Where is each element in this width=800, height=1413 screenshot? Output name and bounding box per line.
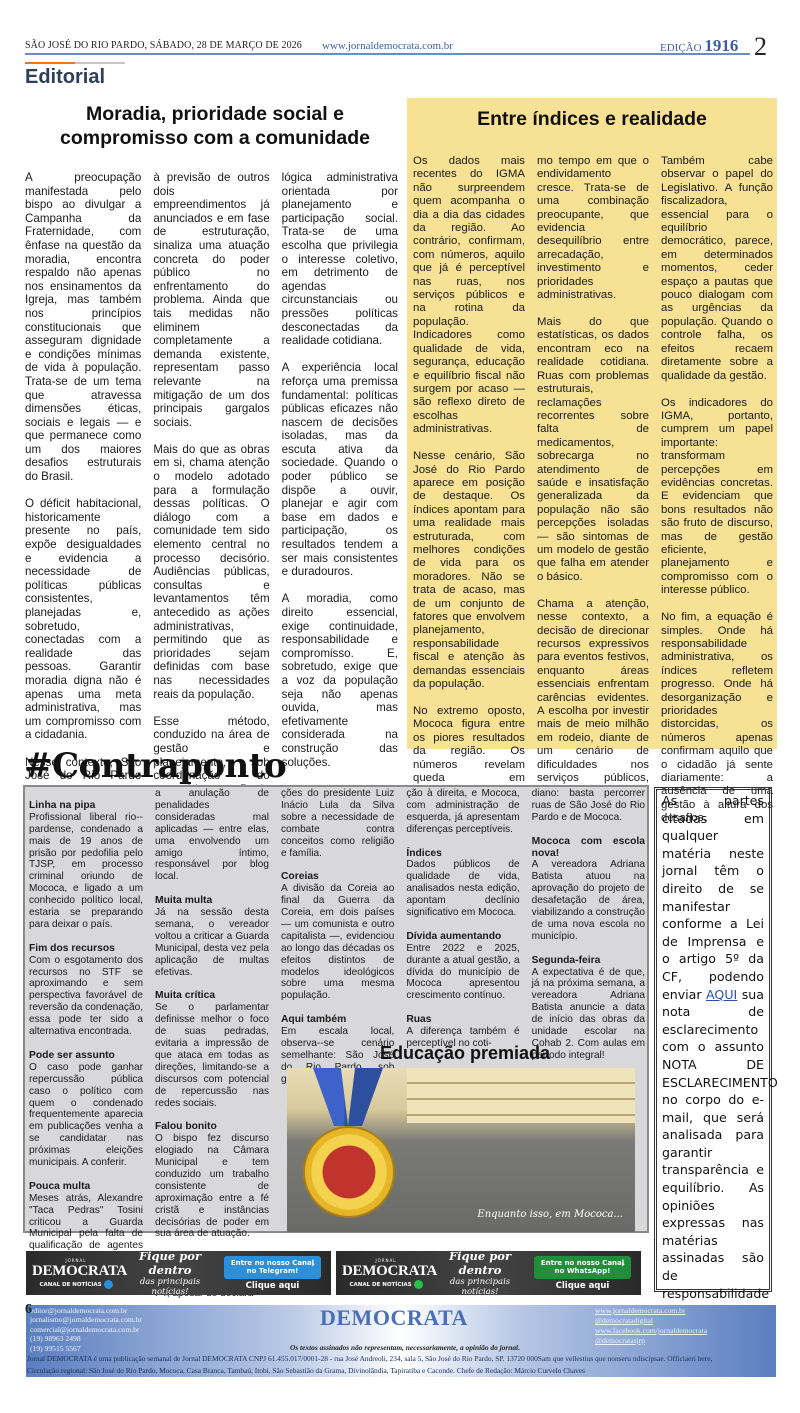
logo-canal: CANAL DE NOTÍCIAS <box>342 1280 430 1289</box>
paragraph: Mais do que estatísticas, os dados encon… <box>537 316 649 584</box>
note-heading: Muita crítica <box>155 990 269 1002</box>
banner-cta[interactable]: Entre no nosso Canal no WhatsApp!› Cliqu… <box>530 1256 635 1291</box>
note-heading: Mococa com escola nova! <box>532 836 645 860</box>
paragraph: A moradia, como direito essencial, exige… <box>282 592 398 769</box>
editorial-title: Moradia, prioridade social e compromisso… <box>30 102 400 150</box>
note: a anulação de penalidades consideradas m… <box>155 788 269 883</box>
banner-tagline: Fique por dentro das principais notícias… <box>120 1249 220 1297</box>
note-heading: Falou bonito <box>155 1121 269 1133</box>
paragraph: Os dados mais recentes do IGMA não surpr… <box>413 155 525 437</box>
notice-text: As partes citadas em qualquer matéria ne… <box>662 793 764 1002</box>
banner-tagline: Fique por dentro das principais notícias… <box>430 1249 530 1297</box>
note-body: O caso pode ganhar repercussão pública c… <box>29 1062 143 1168</box>
page-number: 2 <box>754 34 767 60</box>
note-body: Já na sessão desta semana, o vereador vo… <box>155 907 269 978</box>
paragraph: Também cabe observar o papel do Legislat… <box>661 155 773 383</box>
note-heading: Aqui também <box>281 1014 394 1026</box>
tagline-1: Fique por dentro <box>430 1249 530 1277</box>
tagline-1: Fique por dentro <box>120 1249 220 1277</box>
email-jornalismo[interactable]: jornalismo@jornaldemocrata.com.br <box>30 1315 142 1324</box>
notice-text-end: sua nota de esclarecimento com o assunto… <box>662 987 778 1336</box>
footer-logo: DEMOCRATA <box>320 1305 468 1331</box>
note-heading: Coreias <box>281 871 394 883</box>
note-heading: Índices <box>406 848 519 860</box>
logo-text: DEMOCRATA <box>32 1263 120 1280</box>
cta-label: Entre no nosso Canal no WhatsApp! <box>541 1259 624 1276</box>
footer-page-number: 6 <box>25 1302 32 1318</box>
note-heading: Segunda-feira <box>532 955 645 967</box>
note-body: ção à direita, e Mococa, com administraç… <box>406 788 519 835</box>
footer-contacts: editor@jornaldemocrata.com.br jornalismo… <box>30 1306 142 1353</box>
telegram-icon <box>104 1280 113 1289</box>
medal-ribbon-icon <box>313 1068 383 1126</box>
highlight-title: Entre índices e realidade <box>407 108 777 131</box>
note-heading: Muita multa <box>155 895 269 907</box>
footer-facebook-link[interactable]: www.facebook.com/jornaldemocrata <box>595 1326 707 1336</box>
contraponto-column-2: a anulação de penalidades consideradas m… <box>155 788 269 1312</box>
footer-social-link[interactable]: @democratasjrp <box>595 1336 707 1346</box>
paragraph: Os indicadores do IGMA, portanto, cumpre… <box>661 397 773 598</box>
logo-canal: CANAL DE NOTÍCIAS <box>32 1280 120 1289</box>
logo-text: DEMOCRATA <box>342 1263 430 1280</box>
section-accent-bar-gray <box>75 62 125 64</box>
note-body: A divisão da Coreia ao final da Guerra d… <box>281 883 394 1001</box>
note-body: diano: basta percorrer ruas de São José … <box>532 788 645 823</box>
paragraph: A experiência local reforça uma premissa… <box>282 361 398 579</box>
footer-disclaimer: Os textos assinados não representam, nec… <box>290 1343 520 1352</box>
classroom-photo: Enquanto isso, em Mococa... <box>287 1068 635 1232</box>
banner-logo: JORNAL DEMOCRATA CANAL DE NOTÍCIAS <box>32 1258 120 1289</box>
header-rule <box>25 53 750 55</box>
note-body: O bispo fez discurso elogiado na Câmara … <box>155 1133 269 1239</box>
section-accent-bar <box>25 62 75 64</box>
note-heading: Pode ser assunto <box>29 1050 143 1062</box>
paragraph: mo tempo em que o endividamento cresce. … <box>537 155 649 302</box>
section-title: Editorial <box>25 66 105 89</box>
highlight-column-3: Também cabe observar o papel do Legislat… <box>661 155 773 853</box>
photo-title: Educação premiada <box>280 1043 650 1064</box>
telegram-button[interactable]: Entre no nosso Canal no Telegram!› <box>224 1256 321 1279</box>
phone-1: (19) 98963 2498 <box>30 1334 142 1343</box>
note-body: Se o parlamentar definisse melhor o foco… <box>155 1002 269 1108</box>
right-of-reply-notice: As partes citadas em qualquer matéria ne… <box>654 787 772 1292</box>
note-body: Com o esgotamento dos recursos no STF se… <box>29 955 143 1037</box>
dateline: SÃO JOSÉ DO RIO PARDO, SÁBADO, 28 DE MAR… <box>25 40 302 51</box>
note-heading: Pouca multa <box>29 1181 143 1193</box>
paragraph: O déficit habitacional, historicamente p… <box>25 497 141 742</box>
telegram-banner[interactable]: JORNAL DEMOCRATA CANAL DE NOTÍCIAS Fique… <box>26 1251 331 1295</box>
footer-circulation-info: Circulação regional: São José do Rio Par… <box>27 1366 585 1375</box>
note-body: a anulação de penalidades consideradas m… <box>155 788 269 882</box>
photo-caption: Enquanto isso, em Mococa... <box>477 1209 623 1220</box>
website-link[interactable]: www.jornaldemocrata.com.br <box>322 40 453 52</box>
note-heading: Fim dos recursos <box>29 943 143 955</box>
email-comercial[interactable]: comercial@jornaldemocrata.com.br <box>30 1325 142 1334</box>
medal-icon <box>303 1126 395 1218</box>
click-here-label[interactable]: Clique aqui <box>220 1281 325 1291</box>
note-body: Dados públicos de qualidade de vida, ana… <box>406 859 519 918</box>
click-here-label[interactable]: Clique aqui <box>530 1281 635 1291</box>
banner-cta[interactable]: Entre no nosso Canal no Telegram!› Cliqu… <box>220 1256 325 1291</box>
note: diano: basta percorrer ruas de São José … <box>532 788 645 824</box>
notice-link[interactable]: AQUI <box>706 987 737 1002</box>
note-body: A vereadora Adriana Batista atuou na apr… <box>532 859 645 941</box>
whatsapp-icon <box>414 1280 423 1289</box>
note: ção à direita, e Mococa, com administraç… <box>406 788 519 836</box>
note-heading: Ruas <box>406 1014 519 1026</box>
paragraph: Mais do que as obras em si, chama atençã… <box>153 443 269 701</box>
chevron-right-icon: › <box>311 1261 315 1270</box>
highlight-column-1: Os dados mais recentes do IGMA não surpr… <box>413 155 525 853</box>
footer-links: www.jornaldemocrata.com.br @democratadig… <box>595 1306 707 1346</box>
paragraph: A preocupação manifestada pelo bispo ao … <box>25 171 141 484</box>
whatsapp-banner[interactable]: JORNAL DEMOCRATA CANAL DE NOTÍCIAS Fique… <box>336 1251 641 1295</box>
contraponto-column-4: ção à direita, e Mococa, com administraç… <box>406 788 519 1038</box>
note-heading: Linha na pipa <box>29 800 143 812</box>
note: ções do presidente Luiz Inácio Lula da S… <box>281 788 394 859</box>
note-body: ções do presidente Luiz Inácio Lula da S… <box>281 788 394 859</box>
canal-label: CANAL DE NOTÍCIAS <box>39 1282 101 1288</box>
note-body: Profissional liberal rio--pardense, cond… <box>29 812 143 930</box>
highlight-body: Os dados mais recentes do IGMA não surpr… <box>413 155 773 853</box>
note-heading: Dívida aumentando <box>406 931 519 943</box>
tagline-2: das principais notícias! <box>120 1277 220 1297</box>
editorial-column-3: lógica administrativa orientada por plan… <box>282 171 398 891</box>
shelves-graphic <box>407 1068 635 1123</box>
cta-label: Entre no nosso Canal no Telegram! <box>231 1259 314 1276</box>
contraponto-column-3: ções do presidente Luiz Inácio Lula da S… <box>281 788 394 1038</box>
email-editor[interactable]: editor@jornaldemocrata.com.br <box>30 1306 142 1315</box>
paragraph: à previsão de outros dois empreendimento… <box>153 171 269 429</box>
highlight-column-2: mo tempo em que o endividamento cresce. … <box>537 155 649 853</box>
banner-logo: JORNAL DEMOCRATA CANAL DE NOTÍCIAS <box>342 1258 430 1289</box>
contraponto-column-5: diano: basta percorrer ruas de São José … <box>532 788 645 1038</box>
paragraph: lógica administrativa orientada por plan… <box>282 171 398 348</box>
phone-2: (19) 99515 5567 <box>30 1344 142 1353</box>
contraponto-title: #Contraponto <box>24 746 286 786</box>
tagline-2: das principais notícias! <box>430 1277 530 1297</box>
whatsapp-button[interactable]: Entre no nosso Canal no WhatsApp!› <box>534 1256 631 1279</box>
paragraph: Nesse cenário, São José do Rio Pardo apa… <box>413 450 525 691</box>
footer-website-link[interactable]: www.jornaldemocrata.com.br <box>595 1306 707 1316</box>
chevron-right-icon: › <box>621 1261 625 1270</box>
canal-label: CANAL DE NOTÍCIAS <box>349 1282 411 1288</box>
footer-publisher-info: Jornal DEMOCRATA é uma publicação semana… <box>27 1354 712 1363</box>
footer-instagram-link[interactable]: @democratadigital <box>595 1316 707 1326</box>
contraponto-column-1: Linha na pipaProfissional liberal rio--p… <box>29 788 143 1312</box>
note-body: Entre 2022 e 2025, durante a atual gestã… <box>406 943 519 1002</box>
